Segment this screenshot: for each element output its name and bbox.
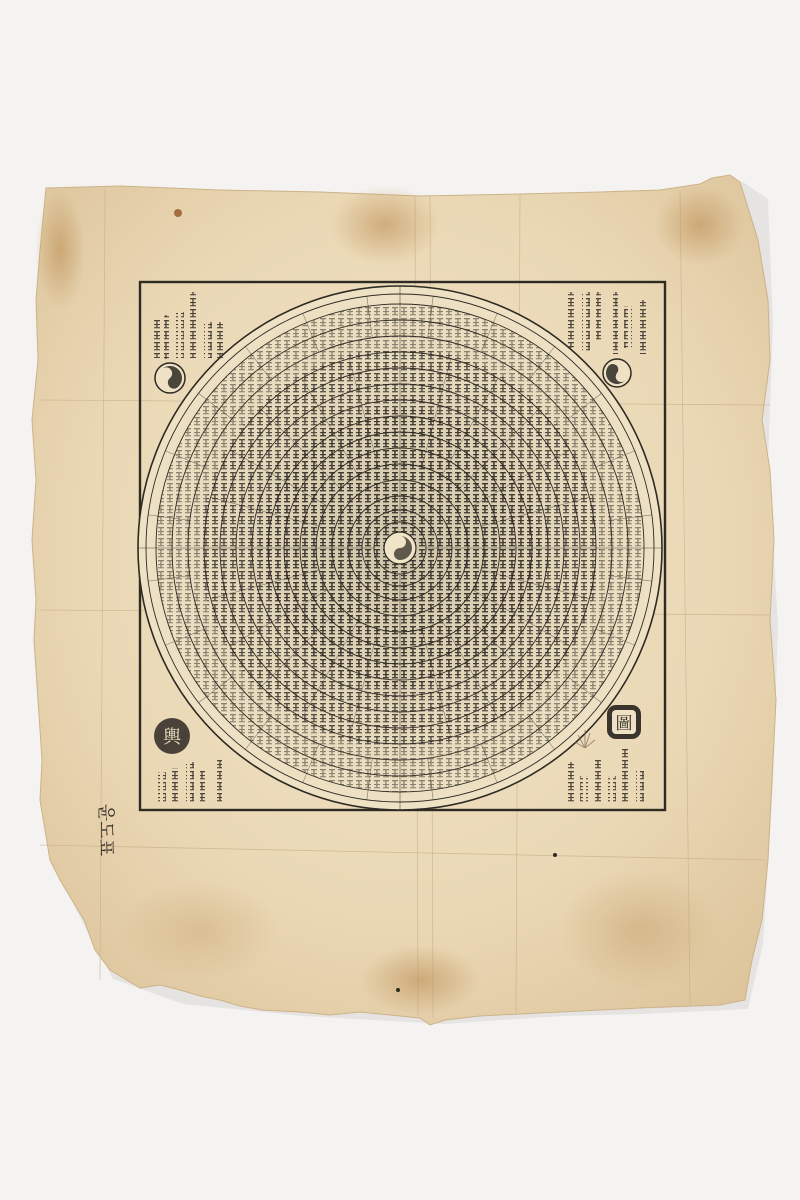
square-seal-icon: 圖 (607, 705, 641, 739)
svg-text:圖: 圖 (616, 714, 633, 734)
compass-diagram-sheet: 輿 圖 윤도표 (0, 0, 800, 1200)
round-seal-icon: 輿 (154, 718, 190, 754)
handwritten-note: 윤도표 (95, 804, 116, 856)
compass-rings (138, 286, 662, 810)
center-taeguk-icon (384, 532, 416, 564)
svg-text:윤도표: 윤도표 (95, 804, 116, 856)
artifact-photo: 輿 圖 윤도표 (0, 0, 800, 1200)
svg-text:輿: 輿 (163, 727, 182, 748)
